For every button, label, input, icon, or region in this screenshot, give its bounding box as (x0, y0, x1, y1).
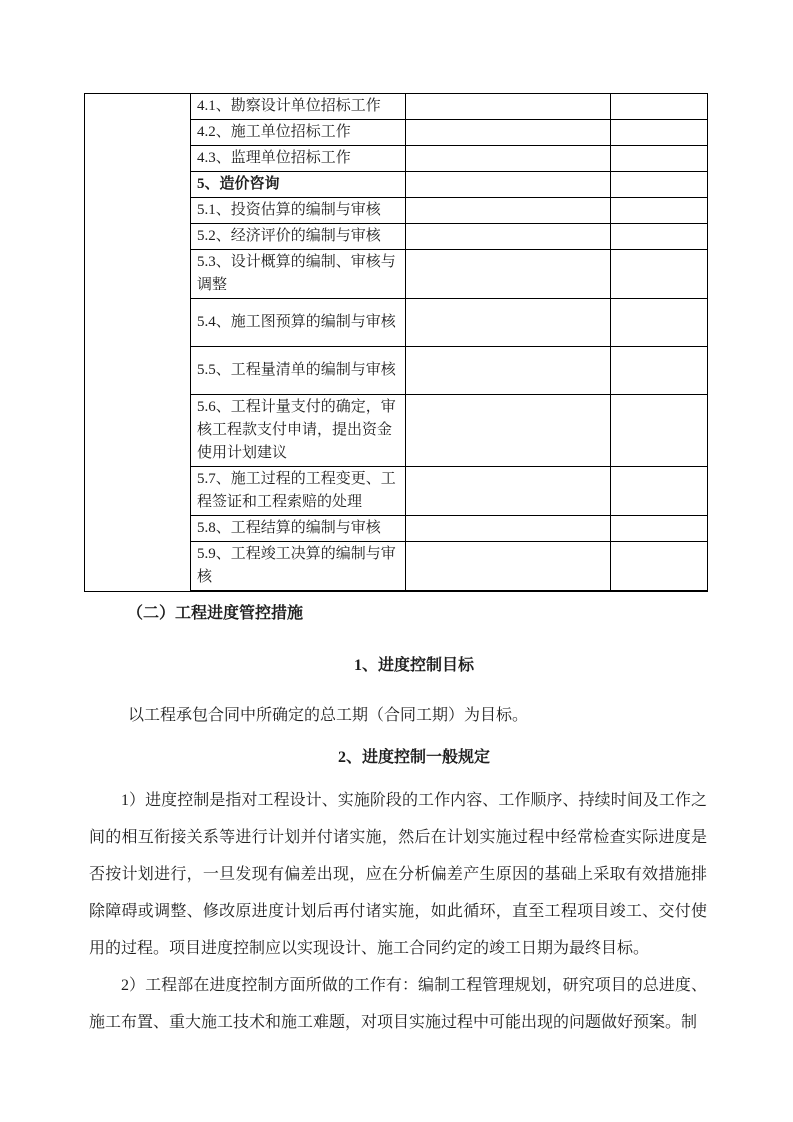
table-cell-right-empty (611, 347, 708, 395)
table-cell-mid-empty (406, 224, 611, 250)
table-cell-mid-empty (406, 172, 611, 198)
table-cell-work-item: 5、造价咨询 (191, 172, 406, 198)
table-cell-work-item: 4.1、勘察设计单位招标工作 (191, 94, 406, 120)
table-cell-work-item: 5.6、工程计量支付的确定，审核工程款支付申请，提出资金使用计划建议 (191, 395, 406, 467)
work-items-table: 4.1、勘察设计单位招标工作4.2、施工单位招标工作4.3、监理单位招标工作5、… (84, 93, 708, 592)
table-cell-work-item: 5.3、设计概算的编制、审核与调整 (191, 250, 406, 299)
table-cell-right-empty (611, 146, 708, 172)
table-cell-mid-empty (406, 146, 611, 172)
table-cell-mid-empty (406, 467, 611, 516)
table-cell-mid-empty (406, 516, 611, 542)
work-items-tbody: 4.1、勘察设计单位招标工作4.2、施工单位招标工作4.3、监理单位招标工作5、… (85, 94, 708, 592)
table-cell-right-empty (611, 198, 708, 224)
table-cell-work-item: 5.5、工程量清单的编制与审核 (191, 347, 406, 395)
table-cell-work-item: 4.2、施工单位招标工作 (191, 120, 406, 146)
table-cell-mid-empty (406, 395, 611, 467)
table-cell-right-empty (611, 299, 708, 347)
subsection-heading-general-rules: 2、进度控制一般规定 (89, 747, 707, 769)
table-cell-work-item: 5.2、经济评价的编制与审核 (191, 224, 406, 250)
table-cell-right-empty (611, 94, 708, 120)
table-cell-right-empty (611, 467, 708, 516)
paragraph-rule-1: 1）进度控制是指对工程设计、实施阶段的工作内容、工作顺序、持续时间及工作之间的相… (89, 782, 707, 967)
table-cell-right-empty (611, 516, 708, 542)
table-cell-mid-empty (406, 250, 611, 299)
paragraph-progress-goal: 以工程承包合同中所确定的总工期（合同工期）为目标。 (89, 705, 707, 727)
table-cell-work-item: 5.1、投资估算的编制与审核 (191, 198, 406, 224)
table-cell-category-merged-empty (85, 94, 191, 592)
table-cell-work-item: 5.4、施工图预算的编制与审核 (191, 299, 406, 347)
subsection-heading-progress-goal: 1、进度控制目标 (89, 655, 707, 677)
table-cell-right-empty (611, 172, 708, 198)
paragraph-rule-2: 2）工程部在进度控制方面所做的工作有：编制工程管理规划，研究项目的总进度、施工布… (89, 967, 707, 1041)
table-cell-mid-empty (406, 347, 611, 395)
document-page: 4.1、勘察设计单位招标工作4.2、施工单位招标工作4.3、监理单位招标工作5、… (0, 0, 793, 1122)
table-cell-right-empty (611, 224, 708, 250)
table-cell-mid-empty (406, 120, 611, 146)
table-cell-right-empty (611, 395, 708, 467)
table-cell-right-empty (611, 120, 708, 146)
table-cell-work-item: 5.8、工程结算的编制与审核 (191, 516, 406, 542)
table-cell-work-item: 4.3、监理单位招标工作 (191, 146, 406, 172)
table-cell-mid-empty (406, 299, 611, 347)
table-row: 4.1、勘察设计单位招标工作 (85, 94, 708, 120)
table-cell-mid-empty (406, 198, 611, 224)
table-cell-mid-empty (406, 94, 611, 120)
section-heading: （二）工程进度管控措施 (127, 603, 707, 625)
table-cell-work-item: 5.7、施工过程的工程变更、工程签证和工程索赔的处理 (191, 467, 406, 516)
document-body: （二）工程进度管控措施 1、进度控制目标 以工程承包合同中所确定的总工期（合同工… (89, 583, 707, 1041)
table-cell-right-empty (611, 250, 708, 299)
